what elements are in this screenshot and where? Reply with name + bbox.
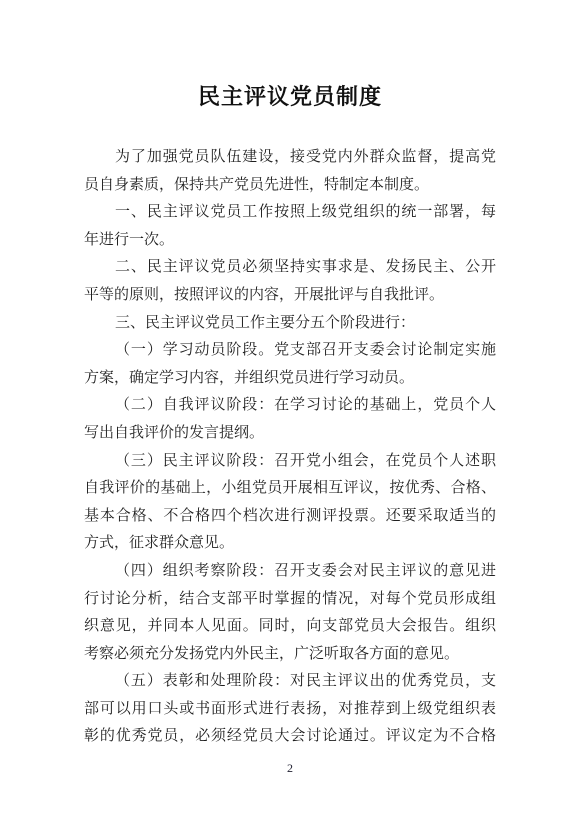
text-line: （一）学习动员阶段。党支部召开支委会讨论制定实施 (84, 337, 496, 365)
text-line: 方式，征求群众意见。 (84, 530, 496, 558)
text-line: 年进行一次。 (84, 227, 496, 255)
paragraph: 三、民主评议党员工作主要分五个阶段进行： (84, 310, 496, 338)
text-line: 为了加强党员队伍建设，接受党内外群众监督，提高党 (84, 144, 496, 172)
text-line: （二）自我评议阶段：在学习讨论的基础上，党员个人 (84, 392, 496, 420)
text-line: 二、民主评议党员必须坚持实事求是、发扬民主、公开 (84, 254, 496, 282)
text-line: 考察必须充分发扬党内外民主，广泛听取各方面的意见。 (84, 641, 496, 669)
paragraph: 一、民主评议党员工作按照上级党组织的统一部署，每年进行一次。 (84, 199, 496, 254)
paragraph: （一）学习动员阶段。党支部召开支委会讨论制定实施方案，确定学习内容，并组织党员进… (84, 337, 496, 392)
text-line: （三）民主评议阶段：召开党小组会，在党员个人述职 (84, 448, 496, 476)
text-line: 写出自我评价的发言提纲。 (84, 420, 496, 448)
document-page: 民主评议党员制度 为了加强党员队伍建设，接受党内外群众监督，提高党员自身素质，保… (0, 0, 580, 824)
text-line: 方案，确定学习内容，并组织党员进行学习动员。 (84, 365, 496, 393)
paragraph: （二）自我评议阶段：在学习讨论的基础上，党员个人写出自我评价的发言提纲。 (84, 392, 496, 447)
text-line: 平等的原则，按照评议的内容，开展批评与自我批评。 (84, 282, 496, 310)
document-title: 民主评议党员制度 (0, 84, 580, 110)
document-body: 为了加强党员队伍建设，接受党内外群众监督，提高党员自身素质，保持共产党员先进性，… (84, 144, 496, 751)
page-number: 2 (0, 761, 580, 775)
text-line: 基本合格、不合格四个档次进行测评投票。还要采取适当的 (84, 503, 496, 531)
text-line: （五）表彰和处理阶段：对民主评议出的优秀党员，支 (84, 668, 496, 696)
text-line: 织意见，并同本人见面。同时，向支部党员大会报告。组织 (84, 613, 496, 641)
paragraph: （三）民主评议阶段：召开党小组会，在党员个人述职自我评价的基础上，小组党员开展相… (84, 448, 496, 558)
paragraph: （四）组织考察阶段：召开支委会对民主评议的意见进行讨论分析，结合支部平时掌握的情… (84, 558, 496, 668)
text-line: 一、民主评议党员工作按照上级党组织的统一部署，每 (84, 199, 496, 227)
text-line: 行讨论分析，结合支部平时掌握的情况，对每个党员形成组 (84, 586, 496, 614)
text-line: 自我评价的基础上，小组党员开展相互评议，按优秀、合格、 (84, 475, 496, 503)
text-line: 彰的优秀党员，必须经党员大会讨论通过。评议定为不合格 (84, 723, 496, 751)
paragraph: 二、民主评议党员必须坚持实事求是、发扬民主、公开平等的原则，按照评议的内容，开展… (84, 254, 496, 309)
text-line: 员自身素质，保持共产党员先进性，特制定本制度。 (84, 172, 496, 200)
paragraph: 为了加强党员队伍建设，接受党内外群众监督，提高党员自身素质，保持共产党员先进性，… (84, 144, 496, 199)
text-line: 部可以用口头或书面形式进行表扬，对推荐到上级党组织表 (84, 696, 496, 724)
text-line: 三、民主评议党员工作主要分五个阶段进行： (84, 310, 496, 338)
text-line: （四）组织考察阶段：召开支委会对民主评议的意见进 (84, 558, 496, 586)
paragraph: （五）表彰和处理阶段：对民主评议出的优秀党员，支部可以用口头或书面形式进行表扬，… (84, 668, 496, 751)
